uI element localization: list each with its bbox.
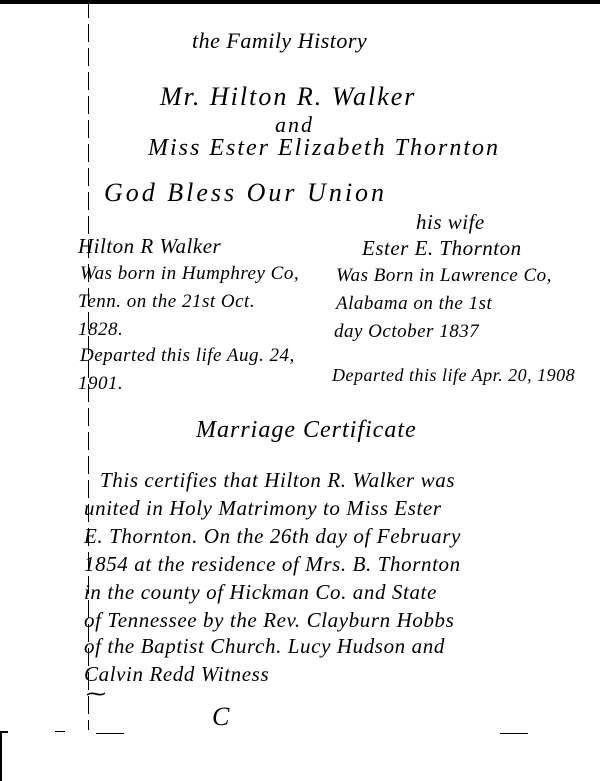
wife-name: Ester E. Thornton [362,238,522,259]
certificate-line: of the Baptist Church. Lucy Hudson and [84,636,445,657]
scribble-mark: ⁓ [86,684,107,704]
certificate-line: E. Thornton. On the 26th day of February [84,526,461,547]
certificate-line: This certifies that Hilton R. Walker was [100,470,455,491]
wife-detail-line: Departed this life Apr. 20, 1908 [332,366,575,384]
husband-detail-line: Departed this life Aug. 24, [80,346,295,365]
scan-corner-bracket [0,731,8,781]
husband-detail-line: 1828. [78,320,123,339]
scan-artifact [96,733,124,734]
husband-detail-line: Tenn. on the 21st Oct. [78,292,255,311]
bride-name-line: Miss Ester Elizabeth Thornton [148,136,500,160]
groom-name-line: Mr. Hilton R. Walker [160,84,416,110]
blessing-line: God Bless Our Union [104,180,387,206]
certificate-line: of Tennessee by the Rev. Clayburn Hobbs [84,610,454,631]
certificate-line: 1854 at the residence of Mrs. B. Thornto… [84,554,461,575]
certificate-line: in the county of Hickman Co. and State [84,582,437,603]
scan-artifact [500,733,528,734]
wife-detail-line: Alabama on the 1st [336,294,492,313]
husband-name: Hilton R Walker [78,236,221,257]
wife-label: his wife [416,212,485,233]
certificate-title: Marriage Certificate [196,418,417,442]
certificate-line: Calvin Redd Witness [84,664,269,685]
wife-detail-line: Was Born in Lawrence Co, [336,266,552,285]
and-connector: and [275,114,314,136]
scan-artifact [55,731,65,732]
husband-detail-line: 1901. [78,374,123,393]
scan-top-edge [0,0,600,4]
husband-detail-line: Was born in Humphrey Co, [80,264,299,283]
wife-detail-line: day October 1837 [334,322,479,341]
footer-mark: C [212,704,230,730]
page-heading: the Family History [192,30,367,52]
certificate-line: united in Holy Matrimony to Miss Ester [84,498,442,519]
